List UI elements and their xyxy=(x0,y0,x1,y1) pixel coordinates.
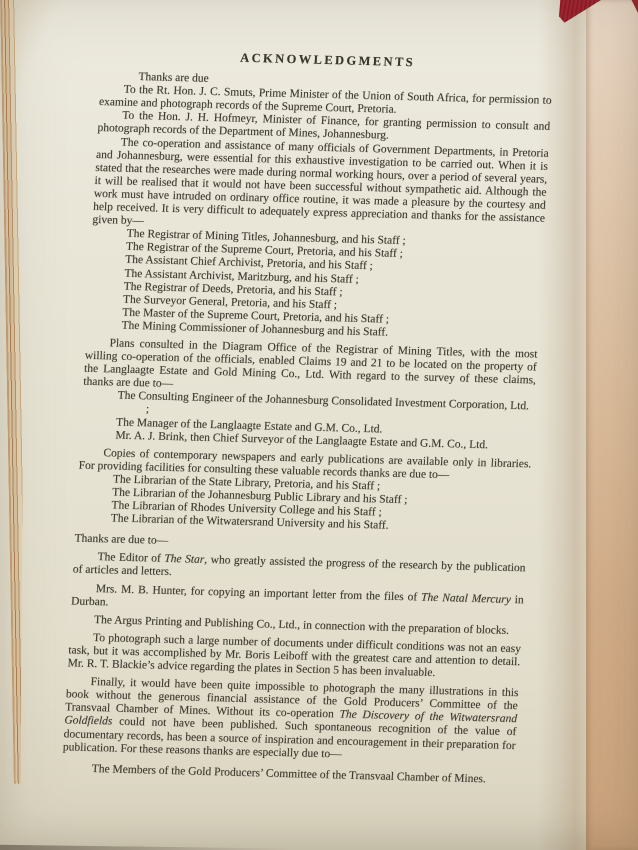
text-run: Thanks are due to— xyxy=(74,533,168,547)
italic-text: The Natal Mercury xyxy=(421,591,511,605)
text-run: The Editor of xyxy=(97,551,164,565)
acknowledgment-paragraph: To photograph such a large number of doc… xyxy=(67,631,521,682)
text-run: The co-operation and assistance of many … xyxy=(92,136,549,227)
acknowledgment-paragraph: The co-operation and assistance of many … xyxy=(92,135,549,238)
text-run: Plans consulted in the Diagram Office of… xyxy=(83,337,538,390)
acknowledgment-paragraph: Finally, it would have been quite imposs… xyxy=(63,675,519,765)
text-run: To photograph such a large number of doc… xyxy=(67,632,521,679)
page-text-blocks: Thanks are dueTo the Rt. Hon. J. C. Smut… xyxy=(61,70,552,787)
italic-text: The Star xyxy=(164,553,205,566)
book-fore-edge xyxy=(586,0,638,850)
text-run: Mrs. M. B. Hunter, for copying an import… xyxy=(95,583,421,604)
text-run: Thanks are due xyxy=(138,71,209,85)
page-text: ACKNOWLEDGMENTS Thanks are dueTo the Rt.… xyxy=(61,48,553,787)
book-page-photo: ACKNOWLEDGMENTS Thanks are dueTo the Rt.… xyxy=(0,0,638,850)
